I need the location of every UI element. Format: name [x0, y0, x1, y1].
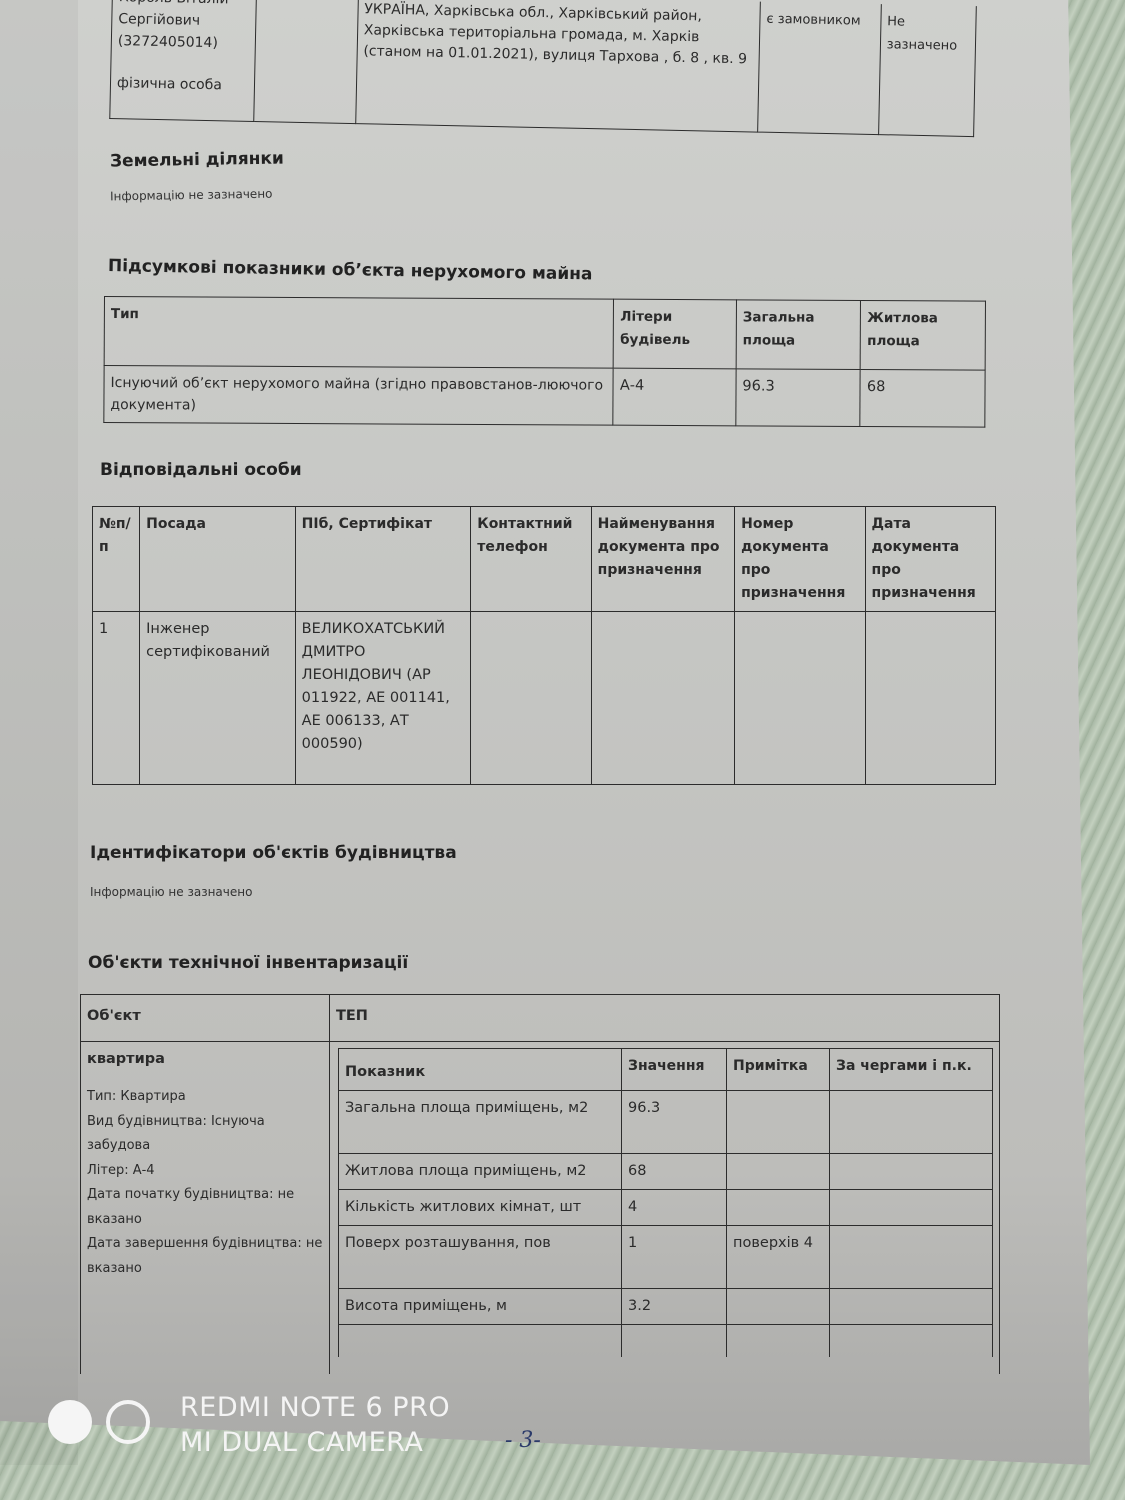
- tep-value: 96.3: [622, 1091, 727, 1154]
- tep-table: Показник Значення Примітка За чергами і …: [338, 1048, 993, 1357]
- object-name: квартира: [87, 1048, 323, 1071]
- watermark-line2: MI DUAL CAMERA: [180, 1425, 450, 1460]
- tep-queues: [830, 1289, 993, 1325]
- object-prop: Вид будівництва: Існуюча забудова: [87, 1110, 323, 1159]
- owner-address: УКРАЇНА, Харківська обл., Харківський ра…: [355, 0, 760, 132]
- tep-indicator: Кількість житлових кімнат, шт: [339, 1190, 622, 1226]
- identifiers-note: Інформацію не зазначено: [90, 885, 252, 899]
- camera-watermark: REDMI NOTE 6 PRO MI DUAL CAMERA: [180, 1390, 450, 1460]
- tep-note: [727, 1289, 830, 1325]
- camera-dot-ring-icon: [106, 1400, 150, 1444]
- summary-table: Тип Літери будівель Загальна площа Житло…: [103, 296, 986, 428]
- table-row: Існуючий об’єкт нерухомого майна (згідно…: [104, 366, 985, 428]
- person-phone: [471, 612, 591, 785]
- tep-value: 4: [622, 1190, 727, 1226]
- col-header-tep: ТЕП: [330, 995, 1000, 1042]
- table-row: 1 Інженер сертифікований ВЕЛИКОХАТСЬКИЙ …: [93, 612, 996, 785]
- table-header-row: Показник Значення Примітка За чергами і …: [339, 1049, 993, 1091]
- tep-note: [727, 1091, 830, 1154]
- table-row: Король Віталій Сергійович (3272405014) ф…: [110, 0, 977, 137]
- object-prop: Дата початку будівництва: не вказано: [87, 1183, 323, 1232]
- person-doc-date: [865, 612, 995, 785]
- summary-type: Існуючий об’єкт нерухомого майна (згідно…: [104, 366, 614, 426]
- tech-title: Об'єкти технічної інвентаризації: [88, 953, 408, 973]
- col-header-object: Об'єкт: [81, 995, 330, 1042]
- table-row: Кількість житлових кімнат, шт 4: [339, 1190, 993, 1226]
- tep-queues: [830, 1091, 993, 1154]
- object-prop: Дата завершення будівництва: не вказано: [87, 1232, 323, 1281]
- tep-queues: [830, 1190, 993, 1226]
- col-header-note: Примітка: [727, 1049, 830, 1091]
- col-header-position: Посада: [140, 507, 296, 612]
- owner-empty-cell: [254, 0, 358, 124]
- table-row: Житлова площа приміщень, м2 68: [339, 1154, 993, 1190]
- table-header-row: №п/п Посада ПІб, Сертифікат Контактний т…: [93, 507, 996, 612]
- person-number: 1: [93, 612, 140, 785]
- owner-extra: Не зазначено: [878, 4, 976, 136]
- land-title: Земельні ділянки: [110, 148, 284, 171]
- owner-name-cell: Король Віталій Сергійович (3272405014) ф…: [110, 0, 257, 122]
- page-number: - 3-: [505, 1428, 541, 1453]
- object-prop: Літер: А-4: [87, 1159, 323, 1184]
- col-header-phone: Контактний телефон: [471, 507, 591, 612]
- tep-indicator: Загальна площа приміщень, м2: [339, 1091, 622, 1154]
- tep-cell: Показник Значення Примітка За чергами і …: [330, 1042, 1000, 1375]
- col-header-name-cert: ПІб, Сертифікат: [295, 507, 471, 612]
- col-header-doc-name: Найменування документа про призначення: [591, 507, 734, 612]
- col-header-doc-number: Номер документа про призначення: [735, 507, 865, 612]
- object-cell: квартира Тип: Квартира Вид будівництва: …: [81, 1042, 330, 1375]
- tep-value: 3.2: [622, 1289, 727, 1325]
- owner-patronymic: Сергійович: [118, 8, 250, 33]
- col-header-letters: Літери будівель: [613, 299, 736, 369]
- tep-indicator: Висота приміщень, м: [339, 1289, 622, 1325]
- col-header-queues: За чергами і п.к.: [830, 1049, 993, 1091]
- tech-inventory-table: Об'єкт ТЕП квартира Тип: Квартира Вид бу…: [80, 994, 1000, 1374]
- table-header-row: Об'єкт ТЕП: [81, 995, 1000, 1042]
- summary-total-area: 96.3: [736, 369, 861, 427]
- col-header-value: Значення: [622, 1049, 727, 1091]
- table-header-row: Тип Літери будівель Загальна площа Житло…: [104, 297, 985, 371]
- col-header-living-area: Житлова площа: [861, 300, 986, 370]
- table-row: квартира Тип: Квартира Вид будівництва: …: [81, 1042, 1000, 1375]
- col-header-indicator: Показник: [339, 1049, 622, 1091]
- object-prop: Тип: Квартира: [87, 1085, 323, 1110]
- tep-note: [727, 1190, 830, 1226]
- tep-queues: [830, 1154, 993, 1190]
- tep-queues: [830, 1226, 993, 1289]
- tep-indicator: Поверх розташування, пов: [339, 1226, 622, 1289]
- owner-role: є замовником: [758, 2, 881, 135]
- tep-value: 1: [622, 1226, 727, 1289]
- camera-dot-filled-icon: [48, 1400, 92, 1444]
- watermark-line1: REDMI NOTE 6 PRO: [180, 1390, 450, 1425]
- summary-living-area: 68: [860, 369, 985, 427]
- owner-table: Король Віталій Сергійович (3272405014) ф…: [109, 0, 977, 137]
- owner-tax-id: (3272405014): [118, 30, 250, 55]
- object-props: Тип: Квартира Вид будівництва: Існуюча з…: [87, 1085, 323, 1281]
- page-fold-shadow: [0, 0, 78, 1465]
- identifiers-title: Ідентифікатори об'єктів будівництва: [90, 843, 457, 863]
- land-note: Інформацію не зазначено: [110, 187, 273, 204]
- table-row: Загальна площа приміщень, м2 96.3: [339, 1091, 993, 1154]
- owner-person-type: фізична особа: [117, 72, 249, 97]
- person-name-cert: ВЕЛИКОХАТСЬКИЙ ДМИТРО ЛЕОНІДОВИЧ (АР 011…: [295, 612, 471, 785]
- tep-indicator: Житлова площа приміщень, м2: [339, 1154, 622, 1190]
- col-header-type: Тип: [104, 297, 614, 369]
- person-doc-number: [735, 612, 865, 785]
- table-row: Висота приміщень, м 3.2: [339, 1289, 993, 1325]
- summary-letters: А-4: [613, 368, 736, 426]
- tep-note: поверхів 4: [727, 1226, 830, 1289]
- table-row: [339, 1325, 993, 1358]
- tep-value: 68: [622, 1154, 727, 1190]
- col-header-number: №п/п: [93, 507, 140, 612]
- persons-table: №п/п Посада ПІб, Сертифікат Контактний т…: [92, 506, 996, 785]
- person-position: Інженер сертифікований: [140, 612, 296, 785]
- col-header-doc-date: Дата документа про призначення: [865, 507, 995, 612]
- table-row: Поверх розташування, пов 1 поверхів 4: [339, 1226, 993, 1289]
- persons-title: Відповідальні особи: [100, 460, 302, 480]
- tep-note: [727, 1154, 830, 1190]
- person-doc-name: [591, 612, 734, 785]
- col-header-total-area: Загальна площа: [736, 300, 861, 370]
